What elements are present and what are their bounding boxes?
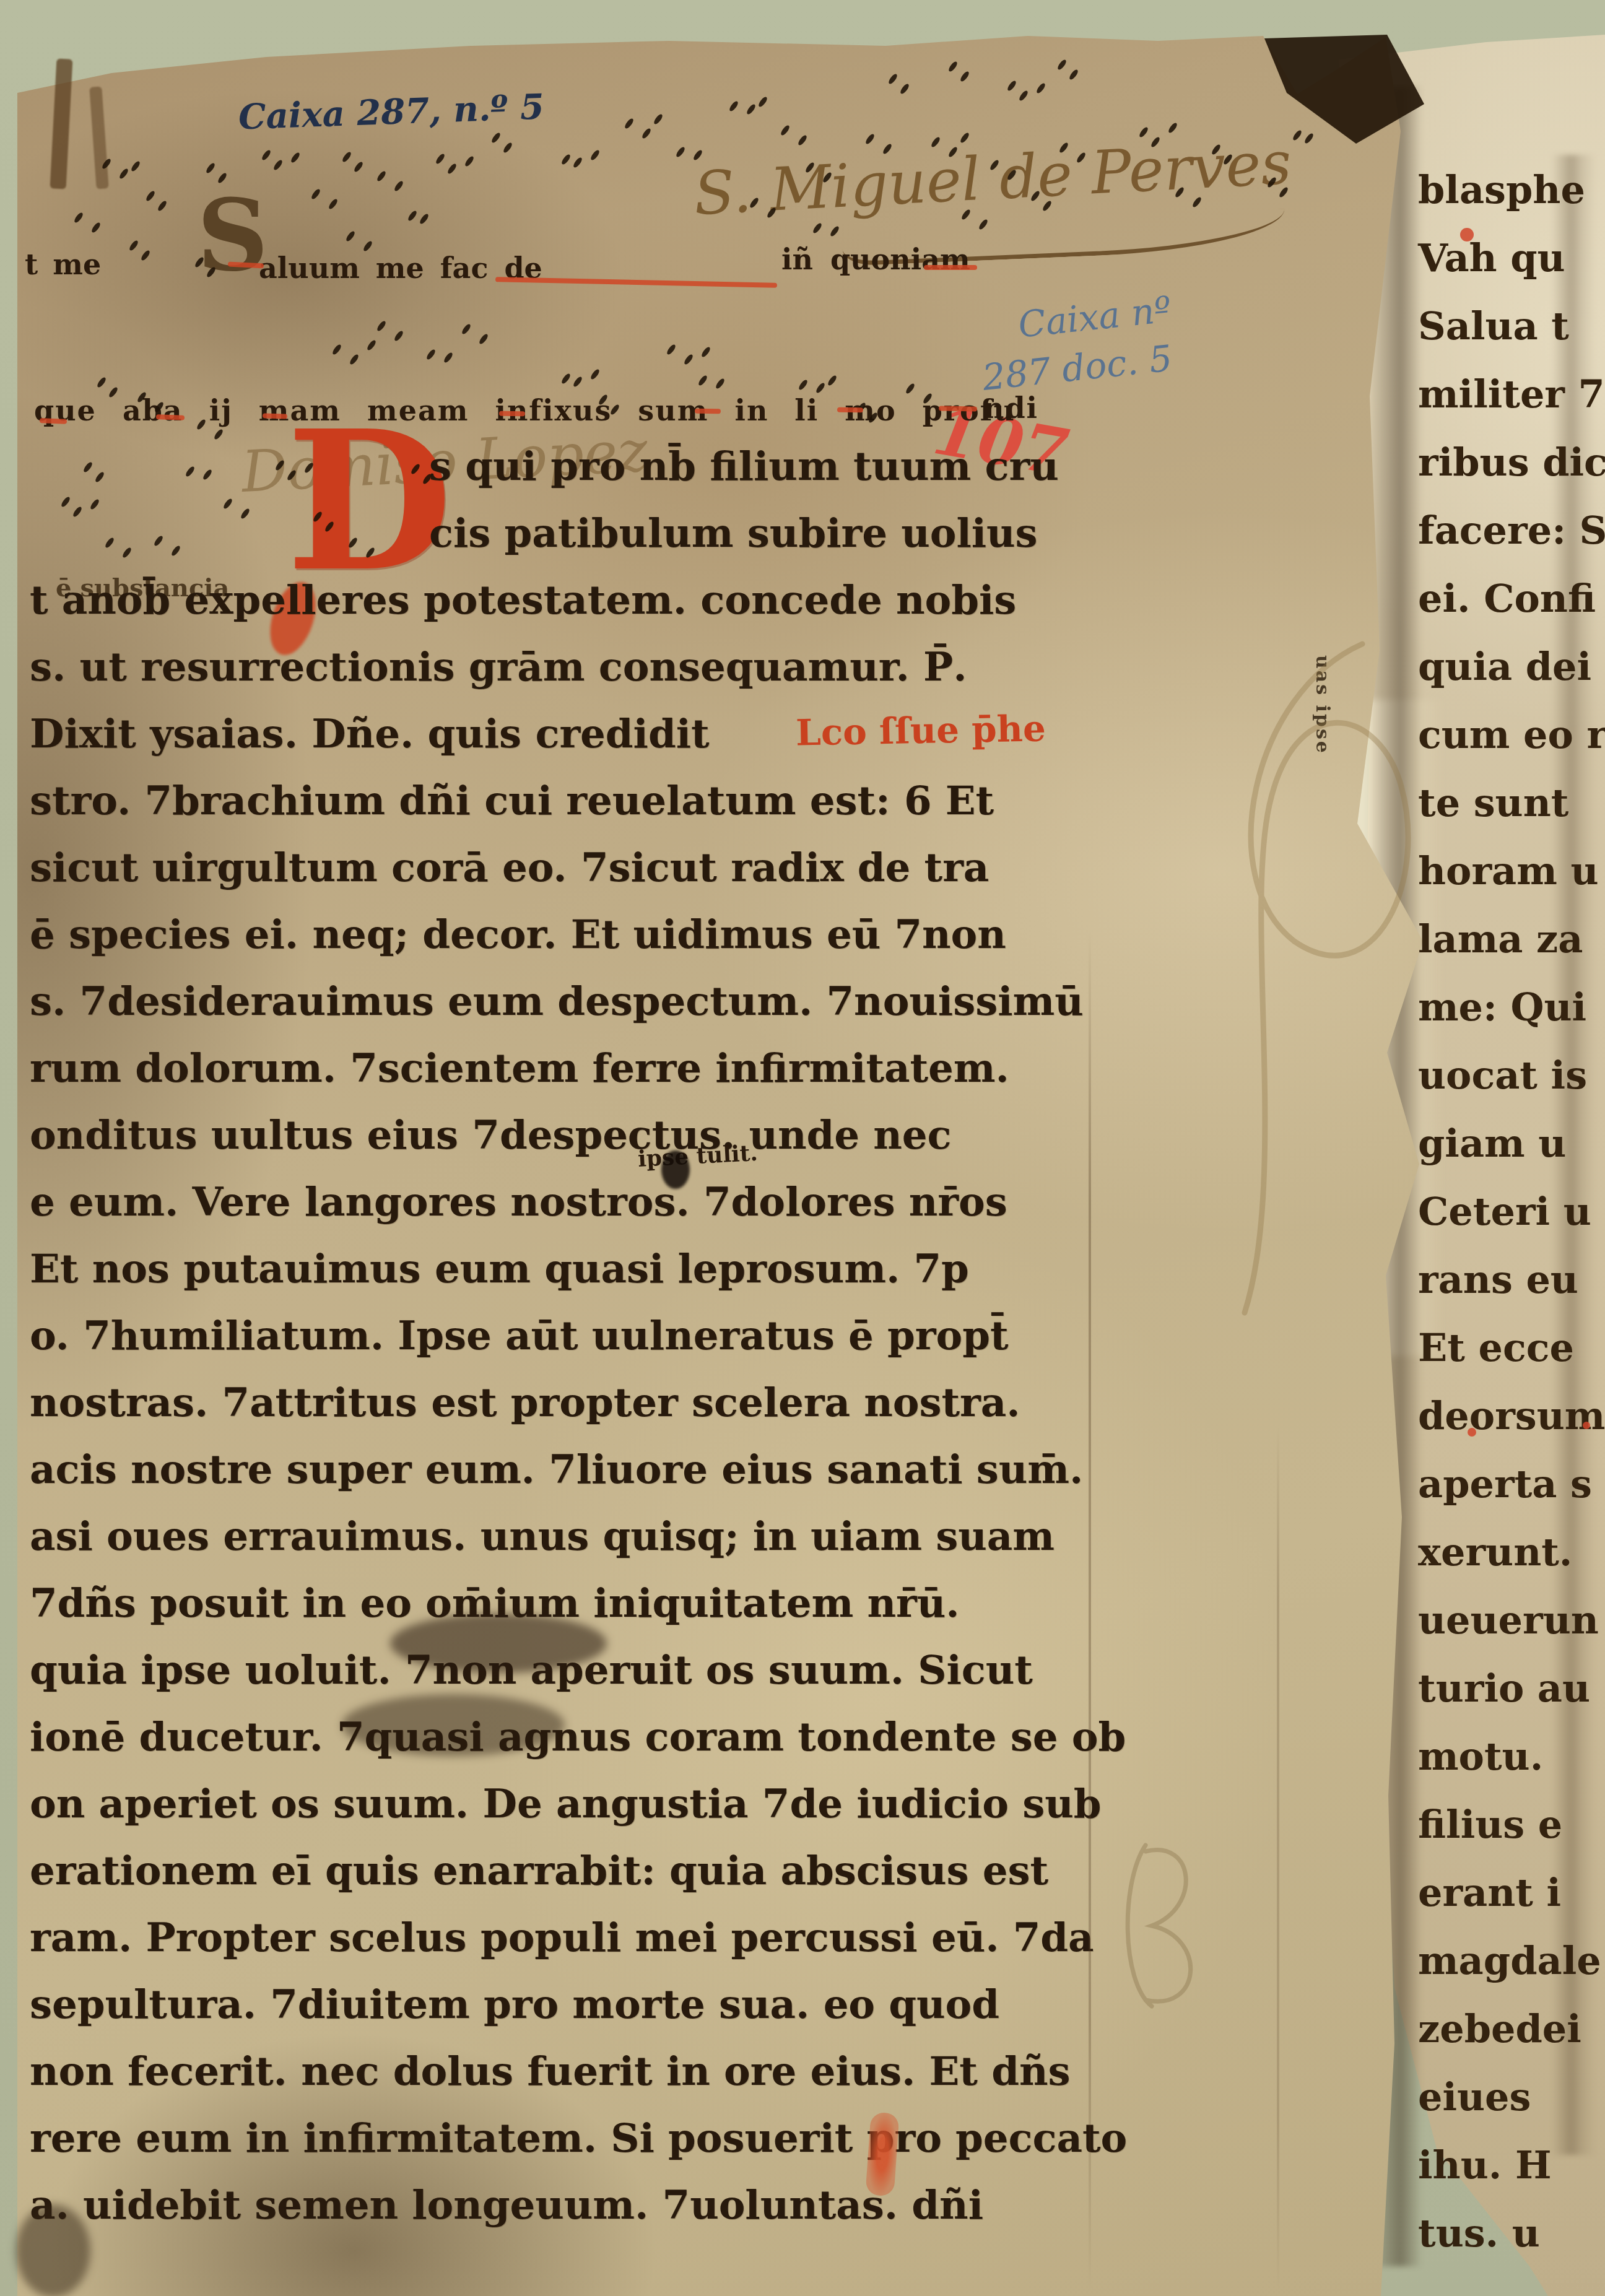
text-line: rere eum in infirmitatem. Si posuerit pr… [30,2105,1070,2172]
neume-mark [641,128,652,140]
neume-mark [947,61,959,73]
text-line: nostras. 7attritus est propter scelera n… [30,1370,1070,1437]
neume-mark [1303,133,1315,145]
neume-mark [589,368,601,381]
text-line: o. 7humiliatum. Ipse aūt uulneratus ē pr… [30,1303,1070,1370]
neume-mark [310,188,321,201]
archive-box-annotation: Caixa 287, n.º 5 [238,86,545,137]
neume-mark [757,96,768,108]
text-line: militer 7 [1418,360,1605,428]
text-line: me: Qui [1418,973,1605,1041]
neume-mark [1056,59,1068,71]
neume-mark [864,133,876,146]
text-line: turio au [1418,1655,1605,1723]
text-line: non fecerit. nec dolus fuerit in ore eiu… [30,2038,1070,2105]
text-line: rum dolorum. 7scientem ferre infirmitate… [30,1035,1070,1102]
red-staff-stroke [837,407,863,413]
trimmed-initial-stroke [89,87,108,189]
neume-mark [1167,122,1178,134]
trimmed-initial-stroke [50,58,73,189]
neume-mark [560,373,572,385]
text-line: ei. Confi [1418,565,1605,633]
red-staff-stroke [939,406,977,411]
neume-mark [90,222,102,234]
red-staff-stroke [695,409,721,414]
edge-pen-trial: uas ipse [1311,655,1333,755]
text-line: asi oues errauimus. unus quisq; in uiam … [30,1503,1070,1570]
neume-mark [624,118,635,130]
red-staff-stroke [263,413,287,419]
text-line: te sunt [1418,769,1605,837]
ink-smudge [390,1614,607,1673]
neume-mark [653,113,664,126]
neume-mark [130,160,141,173]
text-line: stro. 7brachium dñi cui reuelatum est: 6… [30,768,1070,835]
main-text-block: s qui pro nb̄ filium tuum crucis patibul… [30,433,1070,2239]
neume-mark [959,132,970,144]
text-line: s. ut resurrectionis grām consequamur. P… [30,634,1070,701]
neume-mark [666,344,677,356]
red-staff-stroke [499,411,525,417]
neume-mark [118,168,129,180]
text-line: quia dei [1418,633,1605,701]
text-line: lama za [1418,905,1605,973]
neume-mark [797,134,808,147]
neume-mark [341,151,352,163]
neume-mark [1018,90,1029,102]
neume-mark [435,153,446,165]
chant-line1-end: iñ quoniam [781,243,970,276]
text-line: s qui pro nb̄ filium tuum cru [30,433,1070,500]
text-line: on aperiet os suum. De angustia 7de iudi… [30,1771,1070,1838]
text-line: acis nostre super eum. 7liuore eius sana… [30,1437,1070,1503]
text-line: facere: S [1418,497,1605,565]
text-line: a. uidebit semen longeuum. 7uoluntas. dñ… [30,2172,1070,2239]
text-line: xerunt. [1418,1518,1605,1586]
neume-mark [376,320,387,333]
text-line: ueuerun [1418,1586,1605,1655]
red-pigment-dot [1468,1428,1476,1437]
neume-mark [376,170,387,183]
text-line: s. 7desiderauimus eum despectum. 7nouiss… [30,968,1070,1035]
chant-line2-end: ndi [983,391,1038,425]
neume-mark [502,142,513,154]
neume-mark [780,124,791,137]
neume-mark [128,240,139,252]
neume-mark [425,349,437,361]
text-line: cis patibulum subire uolius [30,500,1070,567]
neume-mark [419,213,430,225]
neume-mark [407,210,418,222]
text-line: blasphe [1418,156,1605,224]
text-line: Ceteri u [1418,1178,1605,1246]
neume-mark [1006,80,1017,92]
neume-mark [959,71,970,83]
text-line: uocat is [1418,1041,1605,1110]
neume-mark [1292,129,1303,142]
neume-mark [272,159,284,172]
text-line: erant i [1418,1859,1605,1927]
ink-layer: Caixa 287, n.º 5 S. Miguel de Perves Cai… [0,0,1605,2296]
text-line: onditus uultus eius 7despectus. unde nec [30,1102,1070,1169]
neume-mark [728,100,739,113]
neume-mark [205,162,216,175]
neume-mark [140,250,151,262]
rubric-inline: Lco ſſue p̄he [795,707,1046,754]
neume-mark [345,230,356,243]
text-line: rans eu [1418,1246,1605,1314]
text-line: t anob̄ expelleres potestatem. concede n… [30,567,1070,634]
neume-mark [589,149,601,162]
neume-mark [746,103,757,116]
neume-mark [812,222,823,235]
neume-mark [366,339,377,352]
manuscript-photo: Caixa 287, n.º 5 S. Miguel de Perves Cai… [0,0,1605,2296]
neume-mark [715,378,726,390]
text-line: horam u [1418,837,1605,905]
neume-mark [572,376,583,388]
text-line: giam u [1418,1110,1605,1178]
neume-mark [393,330,404,342]
red-pigment-streak [865,2112,899,2197]
red-pigment-dot [1460,228,1474,241]
neume-mark [331,344,342,356]
text-line: filius e [1418,1791,1605,1859]
red-staff-stroke [495,277,777,288]
neume-mark [349,354,360,366]
neume-mark [464,155,475,168]
neume-mark [675,146,686,159]
neume-mark [96,376,107,389]
text-line: e eum. Vere langores nostros. 7dolores n… [30,1169,1070,1236]
text-line: eiues [1418,2063,1605,2131]
neume-mark [393,180,404,193]
neume-mark [697,375,708,387]
neume-mark [362,240,373,253]
corner-stain [16,2204,90,2296]
neume-mark [827,375,838,387]
neume-mark [700,346,711,359]
neume-mark [572,157,583,169]
red-staff-stroke [156,414,185,420]
neume-mark [905,383,916,395]
neume-mark [683,354,694,366]
text-line: cum eo r [1418,701,1605,769]
text-line: magdale [1418,1927,1605,1995]
crease [1089,929,1091,2291]
chant-line2: que aba ij mam meam infixus sum in li mo… [34,394,1016,427]
text-line: ihu. H [1418,2131,1605,2199]
text-line: Salua t [1418,292,1605,360]
chant-initial: S [197,186,269,285]
neume-mark [443,352,454,364]
neume-mark [157,200,168,212]
text-line: deorsum [1418,1382,1605,1450]
neume-mark [461,323,472,336]
red-pigment-dot [1583,1422,1590,1429]
text-line: Vah qu [1418,224,1605,292]
neume-mark [478,333,489,346]
archive-blue-pencil-line1: Caixa nº [1016,288,1173,346]
neume-mark [261,149,272,162]
neume-mark [1068,69,1079,81]
neume-mark [899,83,910,95]
neume-mark [798,379,809,391]
neume-mark [815,382,826,394]
text-line: ē species ei. neq; decor. Et uidimus eū … [30,902,1070,968]
text-line: Et nos putauimus eum quasi leprosum. 7p [30,1236,1070,1303]
right-page-text-column: blaspheVah quSalua tmiliter 7ribus dicfa… [1418,156,1605,2268]
faint-pencil-mark [1108,1833,1220,2025]
text-line: erationem eī quis enarrabit: quia abscis… [30,1838,1070,1905]
archive-blue-pencil-line2: 287 doc. 5 [980,337,1174,399]
neume-mark [1035,82,1046,95]
text-line: ram. Propter scelus populi mei percussi … [30,1905,1070,1972]
neume-mark [560,154,572,166]
faint-pencil-scrawl [1139,619,1461,1331]
text-line: tus. u [1418,2199,1605,2268]
red-staff-stroke [924,265,977,270]
text-line: motu. [1418,1723,1605,1791]
text-line: Et ecce [1418,1314,1605,1382]
neume-mark [490,132,502,144]
neume-mark [829,225,840,238]
text-line: ribus dic [1418,428,1605,497]
crease [1277,1424,1279,2291]
text-line: sepultura. 7diuitem pro morte sua. eo qu… [30,1972,1070,2038]
text-line: aperta s [1418,1450,1605,1518]
chant-line1-fragment: t me [25,248,101,281]
neume-mark [145,190,156,202]
text-line: zebedei [1418,1995,1605,2063]
red-staff-stroke [40,418,67,424]
neume-mark [328,198,339,211]
ink-smudge [342,1694,565,1756]
neume-mark [353,161,364,173]
neume-mark [290,152,301,164]
text-line: sicut uirgultum corā eo. 7sicut radix de… [30,835,1070,902]
neume-mark [887,73,898,85]
neume-mark [446,163,458,175]
neume-mark [73,212,84,224]
worm-hole [661,1150,690,1189]
